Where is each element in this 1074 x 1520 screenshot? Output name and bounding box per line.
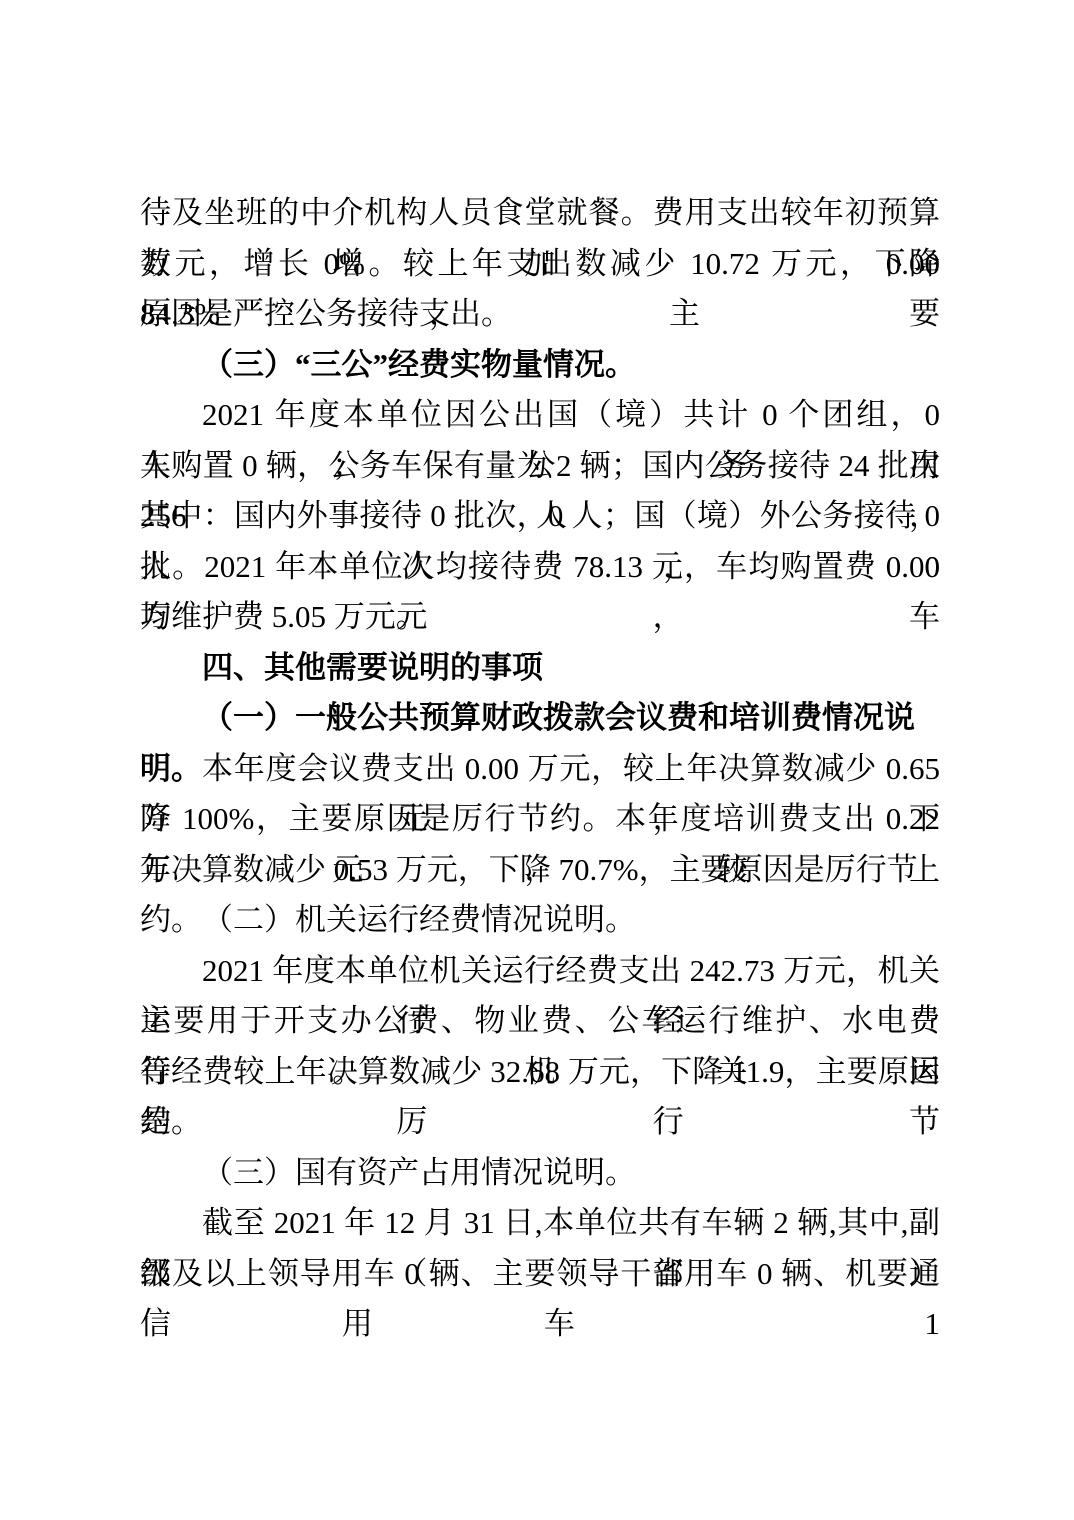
text-line: 本年度会议费支出 0.00 万元，较上年决算数减少 0.65 万元，下 <box>140 744 940 795</box>
document-page: 待及坐班的中介机构人员食堂就餐。费用支出较年初预算数增加 0.00 万元，增长 … <box>0 0 1074 1520</box>
text-line: 其中：国内外事接待 0 批次，0 人；国（境）外公务接待 0 批次，0 <box>140 491 940 542</box>
text-line: 2021 年度本单位因公出国（境）共计 0 个团组，0 人；公务用 <box>140 390 940 441</box>
text-line: 降 100%，主要原因是厉行节约。本年度培训费支出 0.22 万元，较上 <box>140 794 940 845</box>
section-heading-four: 四、其他需要说明的事项 <box>140 643 940 694</box>
subheading-sangong: （三）“三公”经费实物量情况。 <box>140 340 940 391</box>
text-line: 截至 2021 年 12 月 31 日,本单位共有车辆 2 辆,其中,副部（省） <box>140 1198 940 1249</box>
text-line: 2021 年度本单位机关运行经费支出 242.73 万元，机关运行经费 <box>140 946 940 997</box>
text-line: 主要用于开支办公费、物业费、公车运行维护、水电费等。机关运 <box>140 996 940 1047</box>
text-line: 车购置 0 辆，公务车保有量为 2 辆；国内公务接待 24 批次 256 人， <box>140 441 940 492</box>
text-line: 年决算数减少 0.53 万元，下降 70.7%，主要原因是厉行节约。 <box>140 845 940 896</box>
subheading-meeting-fees: （一）一般公共预算财政拨款会议费和培训费情况说明。 <box>140 693 940 744</box>
text-line: 待及坐班的中介机构人员食堂就餐。费用支出较年初预算数增加 0.00 <box>140 188 940 239</box>
subheading-state-assets: （三）国有资产占用情况说明。 <box>140 1148 940 1199</box>
text-block: 待及坐班的中介机构人员食堂就餐。费用支出较年初预算数增加 0.00 万元，增长 … <box>140 188 940 1299</box>
subheading-operating-cost: （二）机关运行经费情况说明。 <box>140 895 940 946</box>
text-line: 人。2021 年本单位人均接待费 78.13 元，车均购置费 0.00 万元，车 <box>140 542 940 593</box>
text-line: 行经费较上年决算数减少 32.68 万元，下降 11.9，主要原因是厉行节 <box>140 1047 940 1098</box>
text-line: 万元，增长 0%。较上年支出数减少 10.72 万元，下降 84.3%，主要 <box>140 239 940 290</box>
text-line: 级及以上领导用车 0 辆、主要领导干部用车 0 辆、机要通信用车 1 <box>140 1249 940 1300</box>
